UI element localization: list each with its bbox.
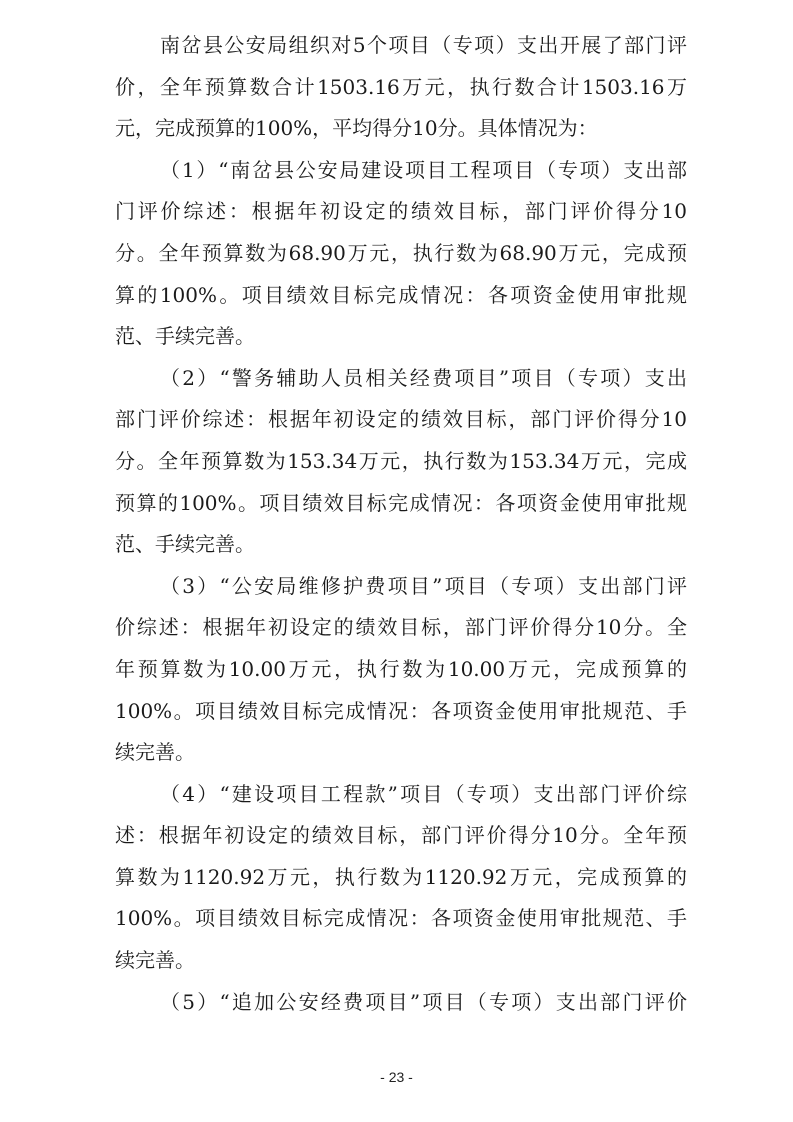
text-line: 算的100%。项目绩效目标完成情况：各项资金使用审批规	[115, 275, 687, 317]
text-line: 分。全年预算数为153.34万元，执行数为153.34万元，完成	[115, 441, 687, 483]
paragraph-item-2: （2）“警务辅助人员相关经费项目”项目（专项）支出 部门评价综述：根据年初设定的…	[115, 358, 687, 566]
text-line: 元，完成预算的100%，平均得分10分。具体情况为：	[115, 108, 687, 150]
text-line: 部门评价综述：根据年初设定的绩效目标，部门评价得分10	[115, 399, 687, 441]
paragraph-item-1: （1）“南岔县公安局建设项目工程项目（专项）支出部 门评价综述：根据年初设定的绩…	[115, 150, 687, 358]
text-line: 预算的100%。项目绩效目标完成情况：各项资金使用审批规	[115, 483, 687, 525]
text-line: 价，全年预算数合计1503.16万元，执行数合计1503.16万	[115, 67, 687, 109]
text-line: 续完善。	[115, 732, 687, 774]
text-line: （1）“南岔县公安局建设项目工程项目（专项）支出部	[115, 150, 687, 192]
text-line: 价综述：根据年初设定的绩效目标，部门评价得分10分。全	[115, 607, 687, 649]
text-line: 年预算数为10.00万元，执行数为10.00万元，完成预算的	[115, 649, 687, 691]
text-line: 范、手续完善。	[115, 524, 687, 566]
text-line: 门评价综述：根据年初设定的绩效目标，部门评价得分10	[115, 191, 687, 233]
text-line: 100%。项目绩效目标完成情况：各项资金使用审批规范、手	[115, 691, 687, 733]
text-line: 算数为1120.92万元，执行数为1120.92万元，完成预算的	[115, 857, 687, 899]
text-line: （5）“追加公安经费项目”项目（专项）支出部门评价	[115, 982, 687, 1024]
text-line: （3）“公安局维修护费项目”项目（专项）支出部门评	[115, 566, 687, 608]
text-line: 范、手续完善。	[115, 316, 687, 358]
paragraph-item-4: （4）“建设项目工程款”项目（专项）支出部门评价综 述：根据年初设定的绩效目标，…	[115, 774, 687, 982]
text-line: 100%。项目绩效目标完成情况：各项资金使用审批规范、手	[115, 898, 687, 940]
text-line: 续完善。	[115, 940, 687, 982]
document-page: 南岔县公安局组织对5个项目（专项）支出开展了部门评 价，全年预算数合计1503.…	[115, 25, 687, 1023]
text-line: 南岔县公安局组织对5个项目（专项）支出开展了部门评	[115, 25, 687, 67]
paragraph-intro: 南岔县公安局组织对5个项目（专项）支出开展了部门评 价，全年预算数合计1503.…	[115, 25, 687, 150]
text-line: （2）“警务辅助人员相关经费项目”项目（专项）支出	[115, 358, 687, 400]
paragraph-item-3: （3）“公安局维修护费项目”项目（专项）支出部门评 价综述：根据年初设定的绩效目…	[115, 566, 687, 774]
text-line: （4）“建设项目工程款”项目（专项）支出部门评价综	[115, 774, 687, 816]
text-line: 述：根据年初设定的绩效目标，部门评价得分10分。全年预	[115, 815, 687, 857]
text-line: 分。全年预算数为68.90万元，执行数为68.90万元，完成预	[115, 233, 687, 275]
paragraph-item-5: （5）“追加公安经费项目”项目（专项）支出部门评价	[115, 982, 687, 1024]
page-number: - 23 -	[0, 1069, 793, 1085]
